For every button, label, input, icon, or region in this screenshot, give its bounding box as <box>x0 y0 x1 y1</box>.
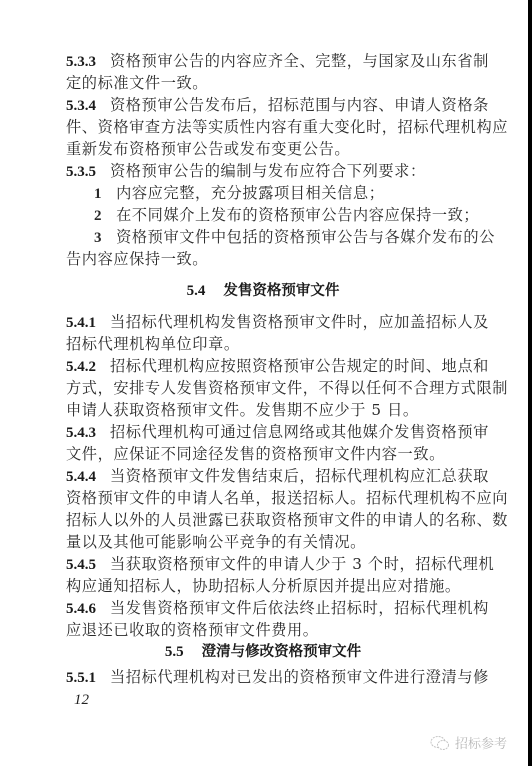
page-number: 12 <box>74 692 89 709</box>
clause-5-3-5: 5.3.5资格预审公告的编制与发布应符合下列要求： <box>66 160 460 182</box>
clause-text: 招标代理机构单位印章。 <box>66 333 460 355</box>
clause-text: 方式，安排专人发售资格预审文件，不得以任何不合理方式限制 <box>66 377 460 399</box>
section-heading-5-5: 5.5澄清与修改资格预审文件 <box>66 641 460 663</box>
list-item-3: 3资格预审文件中包括的资格预审公告与各媒介发布的公 <box>66 226 460 248</box>
clause-text: 定的标准文件一致。 <box>66 72 460 94</box>
clause-5-4-4: 5.4.4当资格预审文件发售结束后，招标代理机构应汇总获取 <box>66 465 460 487</box>
clause-5-3-3: 5.3.3资格预审公告的内容应齐全、完整，与国家及山东省制 <box>66 50 460 72</box>
wechat-icon <box>430 735 450 751</box>
list-item-1: 1内容应完整，充分披露项目相关信息； <box>66 182 460 204</box>
clause-5-4-5: 5.4.5当获取资格预审文件的申请人少于 3 个时，招标代理机 <box>66 553 460 575</box>
clause-5-4-3: 5.4.3招标代理机构可通过信息网络或其他媒介发售资格预审 <box>66 421 460 443</box>
clause-5-4-1: 5.4.1当招标代理机构发售资格预审文件时，应加盖招标人及 <box>66 311 460 333</box>
section-heading-5-4: 5.4发售资格预审文件 <box>66 280 460 302</box>
clause-text: 应退还已收取的资格预审文件费用。 <box>66 619 460 641</box>
clause-5-4-2: 5.4.2招标代理机构应按照资格预审公告规定的时间、地点和 <box>66 355 460 377</box>
clause-5-5-1: 5.5.1当招标代理机构对已发出的资格预审文件进行澄清与修 <box>66 666 460 688</box>
watermark: 招标参考 <box>430 733 507 752</box>
watermark-label: 招标参考 <box>455 733 507 752</box>
clause-text: 件、资格审查方法等实质性内容有重大变化时，招标代理机构应 <box>66 116 460 138</box>
clause-text: 构应通知招标人，协助招标人分析原因并提出应对措施。 <box>66 575 460 597</box>
clause-text: 招标人以外的人员泄露已获取资格预审文件的申请人的名称、数 <box>66 509 460 531</box>
page-edge-strip <box>528 0 532 766</box>
clause-5-4-6: 5.4.6当发售资格预审文件后依法终止招标时，招标代理机构 <box>66 597 460 619</box>
clause-text: 重新发布资格预审公告或发布变更公告。 <box>66 138 460 160</box>
clause-text: 文件，应保证不同途径发售的资格预审文件内容一致。 <box>66 443 460 465</box>
clause-text: 申请人获取资格预审文件。发售期不应少于 5 日。 <box>66 399 460 421</box>
clause-5-3-4: 5.3.4资格预审公告发布后，招标范围与内容、申请人资格条 <box>66 94 460 116</box>
clause-text: 量以及其他可能影响公平竞争的有关情况。 <box>66 531 460 553</box>
clause-text: 资格预审文件的申请人名单，报送招标人。招标代理机构不应向 <box>66 487 460 509</box>
list-item-2: 2在不同媒介上发布的资格预审公告内容应保持一致； <box>66 204 460 226</box>
clause-text: 告内容应保持一致。 <box>66 248 460 270</box>
